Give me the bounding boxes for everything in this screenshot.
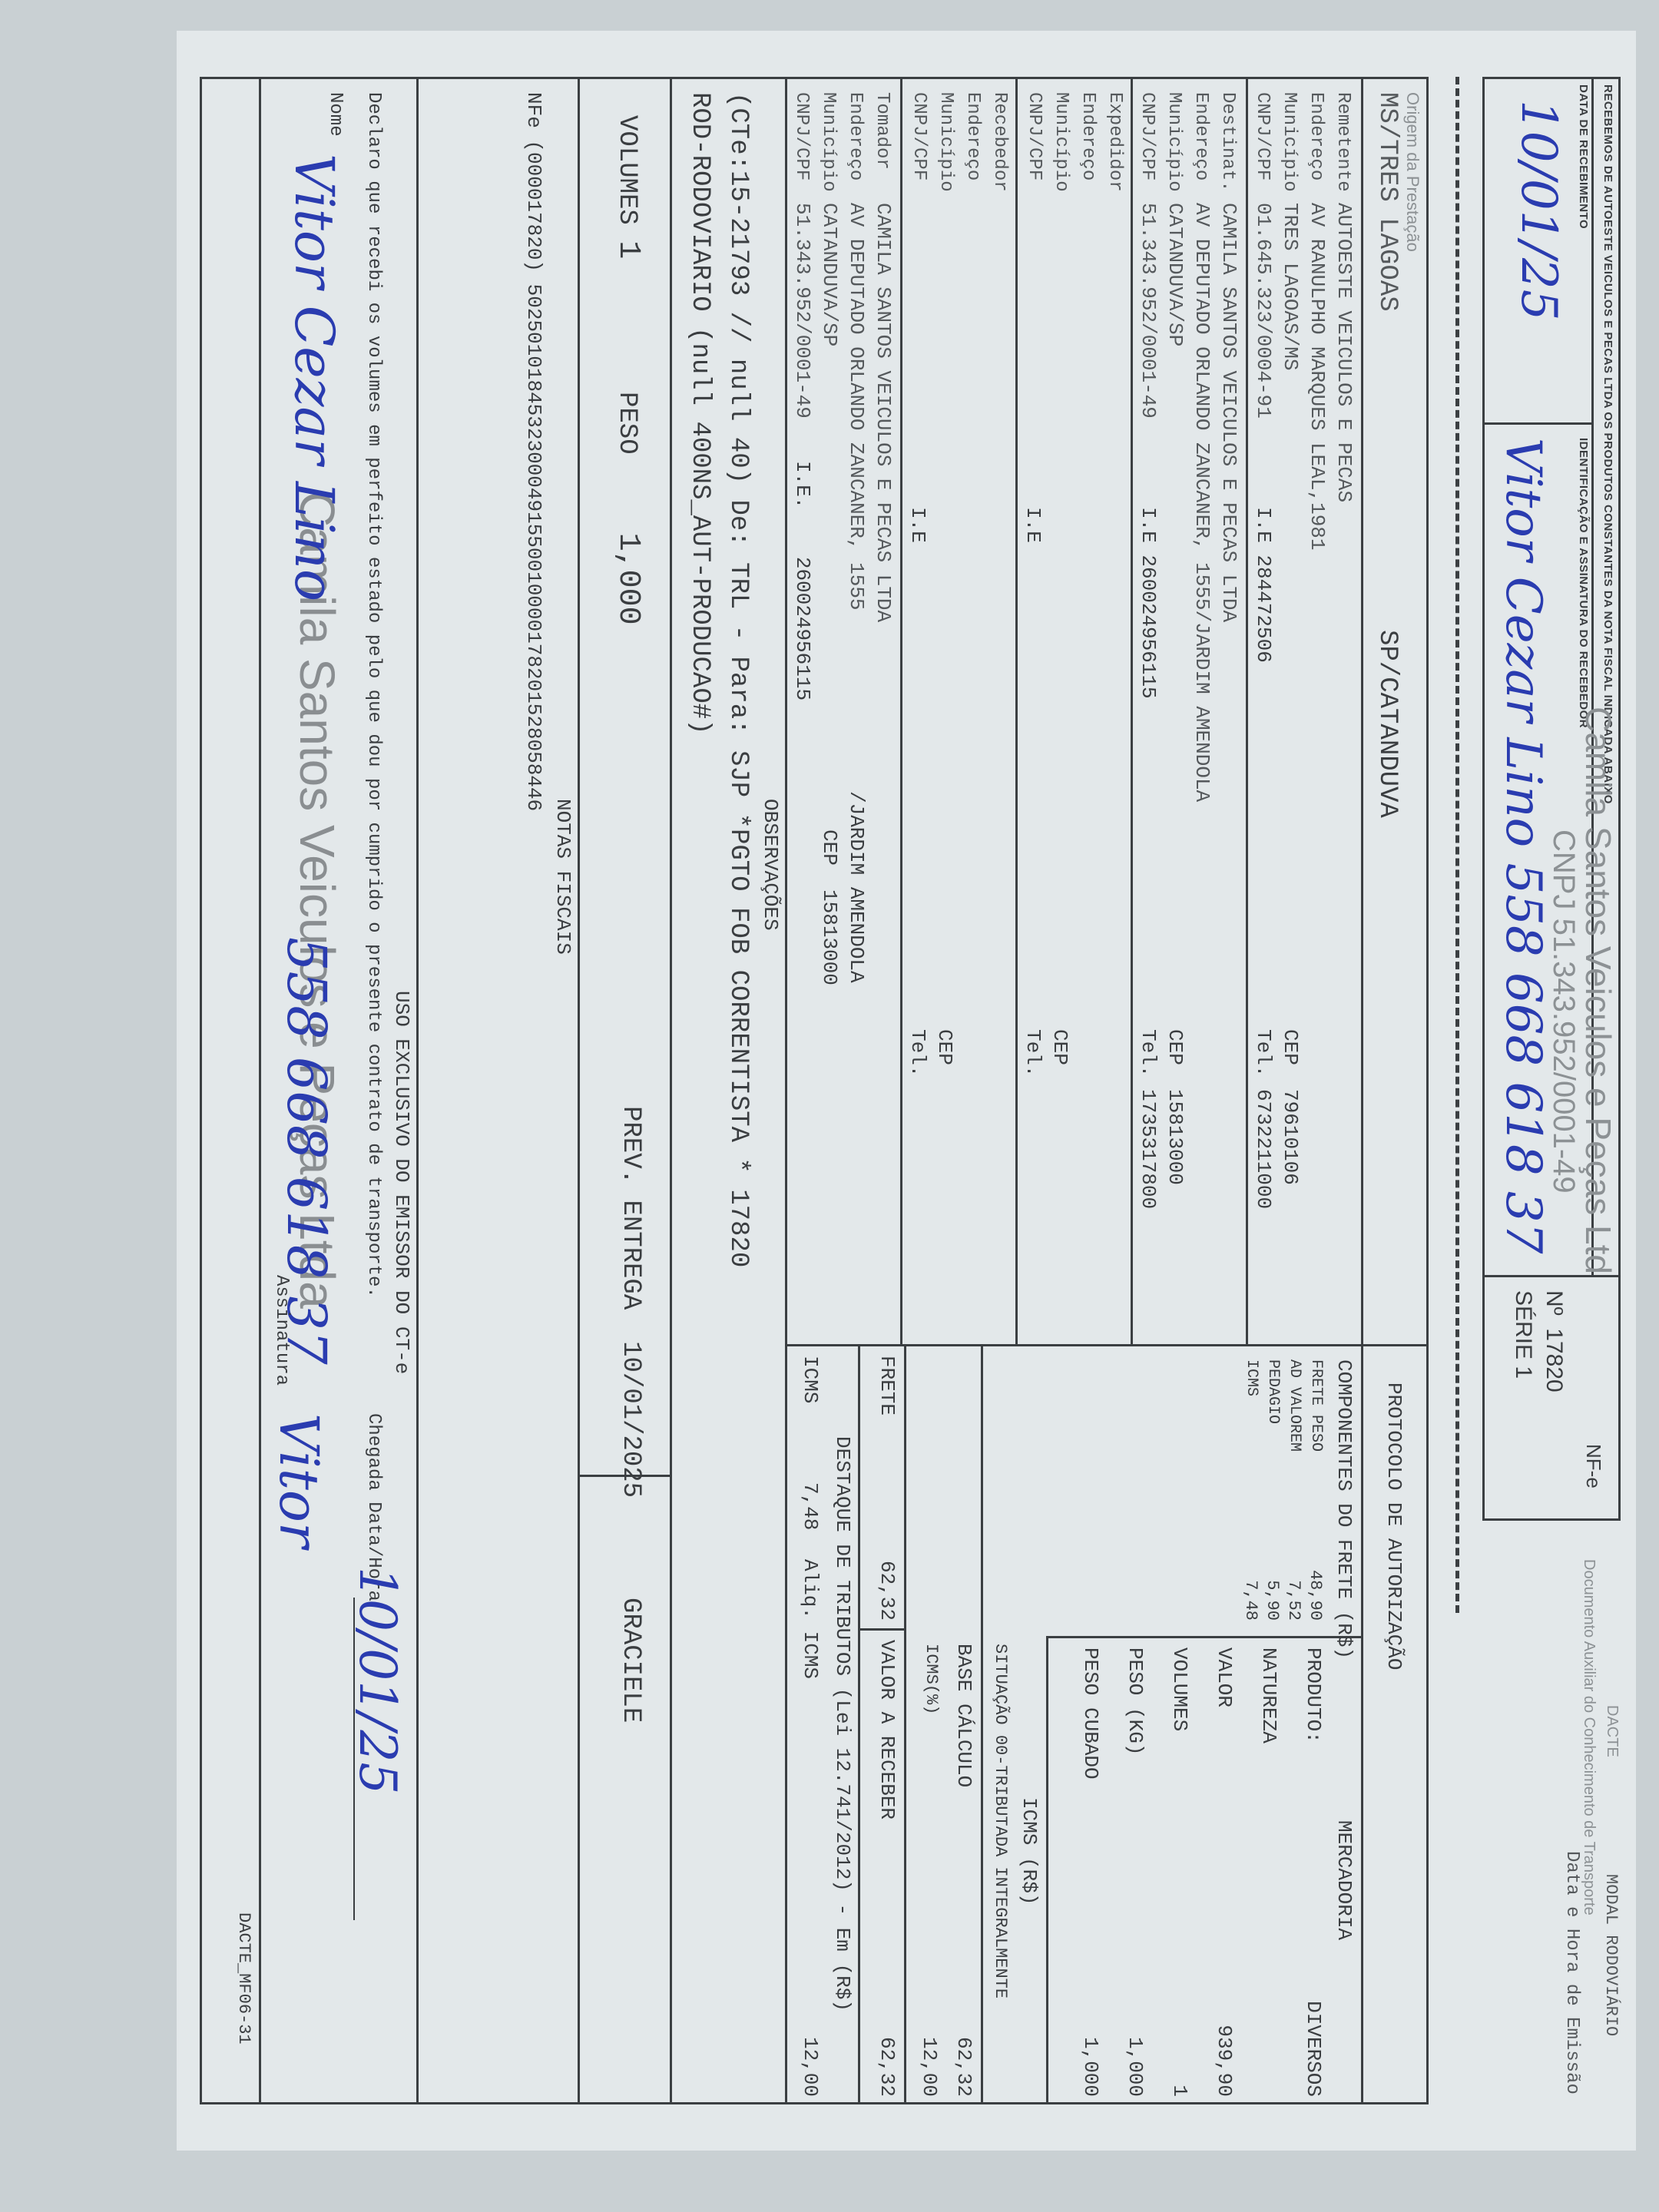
frete-component-value: 7,48	[1241, 1536, 1260, 1621]
observacoes-line2: ROD-RODOVIARIO (null 400NS_AUT-PRODUCAO#…	[685, 92, 714, 735]
icms-aliquota-label: ICMS(%)	[922, 1644, 941, 1714]
mercadoria-label: PRODUTO:	[1302, 1647, 1325, 1743]
recebedor-ie-label: I.E	[906, 507, 929, 543]
tomador-row: Tomador CAMILA SANTOS VEICULOS E PECAS L…	[872, 92, 895, 622]
expedidor-cnpj-label: CNPJ/CPF	[1024, 92, 1045, 180]
nfe-serie-line: SÉRIE 1	[1510, 1290, 1536, 1379]
prev-entrega-row: PREV. ENTREGA 10/01/2025	[616, 1106, 645, 1498]
tributos-title: DESTAQUE DE TRIBUTOS (Lei 12.741/2012) -…	[831, 1436, 854, 2012]
protocol-label: PROTOCOLO DE AUTORIZAÇÃO	[1382, 1382, 1406, 1670]
receipt-handwritten-receiver: Vitor Cezar Lino 558 668 618 37	[1495, 438, 1551, 1253]
recebedor-tel-label: Tel.	[906, 1029, 929, 1077]
volumes-row: VOLUMES 1	[611, 115, 645, 259]
icms-aliquota: 12,00	[918, 1951, 941, 2097]
footer-nome-handwritten: Vitor Cezar Lino	[283, 154, 346, 601]
footer-chegada-handwritten: 10/01/25	[348, 1567, 407, 1794]
receipt-signature-label: IDENTIFICAÇÃO E ASSINATURA DO RECEBEDOR	[1577, 438, 1590, 728]
recebedor-endereco-label: Endereço	[962, 92, 983, 180]
frete-component-value: 5,90	[1263, 1536, 1282, 1621]
recebedor-cnpj-label: CNPJ/CPF	[909, 92, 929, 180]
mercadoria-value: 1	[1168, 1905, 1191, 2097]
icms-base-label: BASE CÁLCULO	[952, 1644, 975, 1787]
receipt-date-label: DATA DE RECEBIMENTO	[1577, 84, 1590, 229]
nfe-label: NF-e	[1581, 1444, 1605, 1488]
tear-line	[1455, 77, 1459, 1613]
remetente-endereco: Endereço AV RANULPHO MARQUES LEAL,1981	[1306, 92, 1329, 551]
tomador-cnpj: CNPJ/CPF 51.343.952/0001-49	[791, 92, 814, 419]
remetente-cnpj: CNPJ/CPF 01.645.323/0004-91	[1252, 92, 1275, 419]
notas-title: NOTAS FISCAIS	[551, 799, 575, 955]
mercadoria-value: 939,90	[1213, 1905, 1236, 2097]
frete-component-label: ICMS	[1243, 1359, 1260, 1396]
destinatario-endereco: Endereço AV DEPUTADO ORLANDO ZANCANER, 1…	[1190, 92, 1214, 802]
frete-components-title: COMPONENTES DO FRETE (R$)	[1333, 1359, 1356, 1659]
total-receber-label: VALOR A RECEBER	[876, 1640, 899, 1820]
icms-title: ICMS (R$)	[1018, 1797, 1041, 1905]
observacoes-line1: (CTe:15-21793 // null 40) De: TRL - Para…	[724, 92, 753, 1267]
frete-component-label: AD VALOREM	[1286, 1359, 1303, 1452]
receipt-date-handwritten: 10/01/25	[1510, 100, 1567, 320]
footer-uso: USO EXCLUSIVO DO EMISSOR DO CT-e	[390, 991, 413, 1374]
footer-declaracao: Declaro que recebi os volumes em perfeit…	[363, 92, 384, 1298]
route-destination: SP/CATANDUVA	[1373, 630, 1402, 818]
dacte-emission-label: Data e Hora de Emissão	[1561, 1851, 1582, 2094]
destinatario-cnpj: CNPJ/CPF 51.343.952/0001-49	[1137, 92, 1160, 419]
remetente-municipio: Município TRES LAGOAS/MS	[1279, 92, 1302, 370]
tomador-bairro: /JARDIM AMENDOLA	[845, 791, 868, 983]
recebedor-cep-label: CEP	[933, 1029, 956, 1065]
mercadoria-value: 1,000	[1079, 1905, 1102, 2097]
recebedor-municipio-label: Município	[935, 92, 956, 192]
frete-component-label: FRETE PESO	[1307, 1359, 1325, 1452]
dacte-subtitle: Documento Auxiliar do Conhecimento de Tr…	[1580, 1559, 1598, 1916]
expedidor-ie-label: I.E	[1022, 507, 1045, 543]
mercadoria-label: VOLUMES	[1168, 1647, 1191, 1731]
expedidor-cep-label: CEP	[1048, 1029, 1071, 1065]
mercadoria-label: NATUREZA	[1257, 1647, 1280, 1743]
mercadoria-label: PESO (KG)	[1124, 1647, 1147, 1755]
tributos-aliq-label: Aliq. ICMS	[799, 1559, 822, 1679]
route-origin: MS/TRES LAGOAS	[1373, 92, 1402, 312]
receipt-header: RECEBEMOS DE AUTOESTE VEICULOS E PECAS L…	[1601, 84, 1614, 804]
tributos-icms: 7,48	[799, 1482, 822, 1530]
dacte-modal: MODAL RODOVIÁRIO	[1601, 1874, 1621, 2036]
footer-nome-label: Nome	[325, 92, 346, 137]
peso-row: PESO 1,000	[611, 392, 645, 625]
dacte-title: DACTE	[1603, 1705, 1621, 1757]
mercadoria-label: PESO CUBADO	[1079, 1647, 1102, 1780]
remetente-ie: I.E 284472506	[1252, 507, 1275, 663]
destinatario-row: Destinat. CAMILA SANTOS VEICULOS E PECAS…	[1217, 92, 1240, 622]
icms-situacao: SITUAÇÃO 00-TRIBUTADA INTEGRALMENTE	[991, 1644, 1010, 1998]
nfe-number: 17820	[1541, 1328, 1567, 1392]
destinatario-cep: CEP 15813000	[1164, 1029, 1187, 1185]
tomador-cep: CEP 15813000	[818, 829, 841, 985]
footer-assinatura-label: Assinatura	[271, 1275, 292, 1386]
expedidor-tel-label: Tel.	[1022, 1029, 1045, 1077]
expedidor-endereco-label: Endereço	[1078, 92, 1098, 180]
frete-component-value: 7,52	[1284, 1536, 1303, 1621]
mercadoria-label: VALOR	[1213, 1647, 1236, 1707]
nfe-number-line: Nº 17820	[1541, 1290, 1567, 1392]
form-code: DACTE_MF06-31	[234, 1912, 253, 2045]
frete-component-label: PEDAGIO	[1264, 1359, 1282, 1424]
receipt-stamp-name: Camila Santos Veiculos e Peças Ltda	[1578, 707, 1619, 1294]
mercadoria-value: 1,000	[1124, 1905, 1147, 2097]
remetente-row: Remetente AUTOESTE VEICULOS E PECAS	[1333, 92, 1356, 502]
destinatario-tel: Tel. 1735317800	[1137, 1029, 1160, 1209]
destinatario-ie: I.E 260024956115	[1137, 507, 1160, 699]
destinatario-municipio: Município CATANDUVA/SP	[1164, 92, 1187, 346]
tomador-municipio: Município CATANDUVA/SP	[818, 92, 841, 346]
tomador-endereco: Endereço AV DEPUTADO ORLANDO ZANCANER, 1…	[845, 92, 868, 611]
recebedor-label: Recebedor	[989, 92, 1010, 192]
observacoes-title: OBSERVAÇÕES	[759, 799, 782, 931]
nfe-serie: 1	[1511, 1366, 1536, 1379]
footer-assinatura-handwritten: Vitor	[267, 1413, 330, 1548]
remetente-cep: CEP 79610106	[1279, 1029, 1302, 1185]
expedidor-municipio-label: Município	[1051, 92, 1071, 192]
expedidor-label: Expedidor	[1104, 92, 1125, 192]
mercadoria-title: MERCADORIA	[1333, 1820, 1356, 1940]
icms-base: 62,32	[952, 1951, 975, 2097]
total-frete-label: FRETE	[876, 1356, 899, 1416]
tributos-aliq: 12,00	[799, 1951, 822, 2097]
total-frete: 62,32	[876, 1475, 899, 1621]
dacte-document: RECEBEMOS DE AUTOESTE VEICULOS E PECAS L…	[177, 31, 1636, 2151]
main-body	[200, 77, 1429, 2104]
frete-component-value: 48,90	[1306, 1536, 1325, 1621]
total-receber: 62,32	[876, 1951, 899, 2097]
notas-line: NFe (000017820) 502501018453230004915500…	[522, 92, 545, 811]
remetente-tel: Tel. 6732211000	[1252, 1029, 1275, 1209]
route-origin-label: Origem da Prestação	[1402, 92, 1422, 252]
operador-name: GRACIELE	[616, 1598, 645, 1723]
tomador-ie: I.E. 260024956115	[791, 461, 814, 700]
tributos-icms-label: ICMS	[799, 1356, 822, 1403]
mercadoria-value: DIVERSOS	[1302, 1905, 1325, 2097]
